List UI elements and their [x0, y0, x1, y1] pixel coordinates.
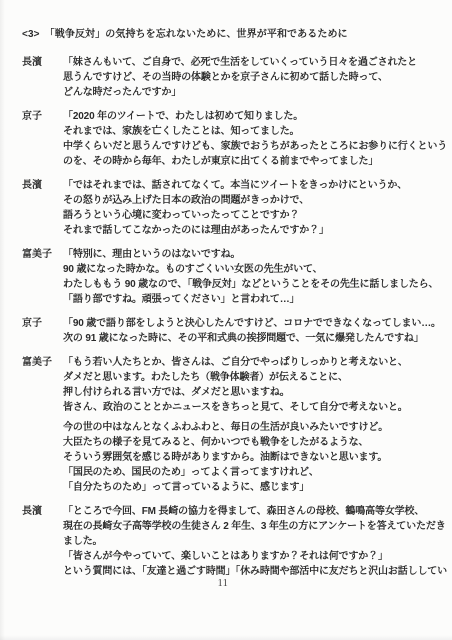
dialogue-line: 「自分たちのため」って言っているように、感じます」 [63, 480, 388, 495]
dialogue-block: 長濱 「妹さんもいて、ご自身で、必死で生活をしていくっていう日々を過ごされたと … [22, 55, 448, 100]
dialogue-line: 大臣たちの様子を見てみると、何かいつでも戦争をしたがるような、 [63, 435, 388, 450]
dialogue-line: わたしももう 90 歳なので、「戦争反対」などということをその先生に話しましたら… [63, 277, 438, 292]
dialogue-line: ました。 [63, 534, 447, 549]
dialogue-line: 「90 歳で語り部をしようと決心したんですけど、コロナでできなくなってしまい…。 [63, 316, 441, 331]
dialogue-line: 90 歳になった時かな。ものすごくいい女医の先生がいて、 [63, 262, 438, 277]
page-content: <3> 「戦争反対」の気持ちを忘れないために、世界が平和であるために 長濱 「妹… [22, 27, 448, 588]
dialogue-line: 現在の長崎女子高等学校の生徒さん 2 年生、3 年生の方にアンケートを答えていた… [63, 519, 447, 534]
speaker-name: 富美子 [22, 247, 63, 262]
dialogue-line: 「ところで今回、FM 長崎の協力を得まして、森田さんの母校、鶴鳴高等女学校、 [63, 504, 447, 519]
dialogue-lines: 「ところで今回、FM 長崎の協力を得まして、森田さんの母校、鶴鳴高等女学校、 現… [63, 504, 447, 579]
speaker-name: 長濱 [22, 504, 63, 519]
document-page: <3> 「戦争反対」の気持ちを忘れないために、世界が平和であるために 長濱 「妹… [0, 0, 452, 640]
speaker-name: 京子 [22, 109, 63, 124]
dialogue-block: 長濱 「ところで今回、FM 長崎の協力を得まして、森田さんの母校、鶴鳴高等女学校… [22, 504, 448, 579]
dialogue-lines: 「妹さんもいて、ご自身で、必死で生活をしていくっていう日々を過ごされたと 思うん… [63, 55, 417, 100]
dialogue-block: 富美子 「特別に、理由というのはないですね。 90 歳になった時かな。ものすごく… [22, 247, 448, 307]
speaker-name: 長濱 [22, 178, 63, 193]
dialogue-lines: 「ではそれまでは、話されてなくて。本当にツイートをきっかけにというか、 その怒り… [63, 178, 407, 238]
scan-edge-shading [0, 0, 5, 640]
dialogue-line: 思うんですけど、その当時の体験とかを京子さんに初めて話した時って、 [63, 70, 417, 85]
speaker-name: 富美子 [22, 355, 63, 370]
dialogue-line: ダメだと思います。わたしたち（戦争体験者）が伝えることに、 [63, 370, 408, 385]
page-number: 11 [0, 578, 446, 589]
dialogue-lines: 「90 歳で語り部をしようと決心したんですけど、コロナでできなくなってしまい…。… [63, 316, 441, 346]
dialogue-line: という質問には、「友達と過ごす時間」「休み時間や部活中に友だちと沢山お話ししてい [63, 564, 447, 579]
dialogue-line: 「語り部ですね。頑張ってください」と言われて…」 [63, 292, 438, 307]
dialogue-line: その怒りが込み上げた日本の政治の問題がきっかけで、 [63, 193, 407, 208]
dialogue-block: 長濱 「ではそれまでは、話されてなくて。本当にツイートをきっかけにというか、 そ… [22, 178, 448, 238]
dialogue-line: 「ではそれまでは、話されてなくて。本当にツイートをきっかけにというか、 [63, 178, 407, 193]
scan-edge-shading [0, 635, 452, 640]
dialogue-lines: 「もう若い人たちとか、皆さんは、ご自分でやっぱりしっかりと考えないと、 ダメだと… [63, 355, 408, 415]
dialogue-block-continuation: 今の世の中はなんとなくふわふわと、毎日の生活が良いみたいですけど。 大臣たちの様… [22, 420, 448, 495]
dialogue-line: 中学くらいだと思うんですけども、家族でおうちがあったところにお参りに行くという [63, 139, 447, 154]
dialogue-lines: 「2020 年のツイートで、わたしは初めて知りました。 それまでは、家族を亡くし… [63, 109, 447, 169]
dialogue-lines: 「特別に、理由というのはないですね。 90 歳になった時かな。ものすごくいい女医… [63, 247, 438, 307]
section-title: <3> 「戦争反対」の気持ちを忘れないために、世界が平和であるために [22, 27, 448, 42]
dialogue-line: 「妹さんもいて、ご自身で、必死で生活をしていくっていう日々を過ごされたと [63, 55, 417, 70]
speaker-name: 京子 [22, 316, 63, 331]
dialogue-line: 「皆さんが今やっていて、楽しいことはありますか？それは何ですか？」 [63, 549, 447, 564]
dialogue-line: 「特別に、理由というのはないですね。 [63, 247, 438, 262]
dialogue-line: 押し付けられる言い方では、ダメだと思いますね。 [63, 385, 408, 400]
dialogue-line: 皆さん、政治のこととかニュースをきちっと見て、そして自分で考えないと。 [63, 400, 408, 415]
dialogue-line: どんな時だったんですか」 [63, 85, 417, 100]
dialogue-line: 「2020 年のツイートで、わたしは初めて知りました。 [63, 109, 447, 124]
dialogue-line: 語ろうという心境に変わっていったってことですか？ [63, 208, 407, 223]
speaker-name: 長濱 [22, 55, 63, 70]
dialogue-line: 「国民のため、国民のため」ってよく言ってますけれど、 [63, 465, 388, 480]
dialogue-line: のを、その時から毎年、わたしが東京に出てくる前までやってました」 [63, 154, 447, 169]
dialogue-block: 京子 「2020 年のツイートで、わたしは初めて知りました。 それまでは、家族を… [22, 109, 448, 169]
dialogue-line: そういう雰囲気を感じる時がありますから。油断はできないと思います。 [63, 450, 388, 465]
dialogue-line: 今の世の中はなんとなくふわふわと、毎日の生活が良いみたいですけど。 [63, 420, 388, 435]
dialogue-line: 次の 91 歳になった時に、その平和式典の挨拶問題で、一気に爆発したんですね」 [63, 331, 441, 346]
dialogue-line: それまで話してこなかったのには理由があったんですか？」 [63, 223, 407, 238]
dialogue-lines: 今の世の中はなんとなくふわふわと、毎日の生活が良いみたいですけど。 大臣たちの様… [63, 420, 388, 495]
dialogue-line: 「もう若い人たちとか、皆さんは、ご自分でやっぱりしっかりと考えないと、 [63, 355, 408, 370]
dialogue-block: 京子 「90 歳で語り部をしようと決心したんですけど、コロナでできなくなってしま… [22, 316, 448, 346]
dialogue-block: 富美子 「もう若い人たちとか、皆さんは、ご自分でやっぱりしっかりと考えないと、 … [22, 355, 448, 415]
dialogue-line: それまでは、家族を亡くしたことは、知ってました。 [63, 124, 447, 139]
